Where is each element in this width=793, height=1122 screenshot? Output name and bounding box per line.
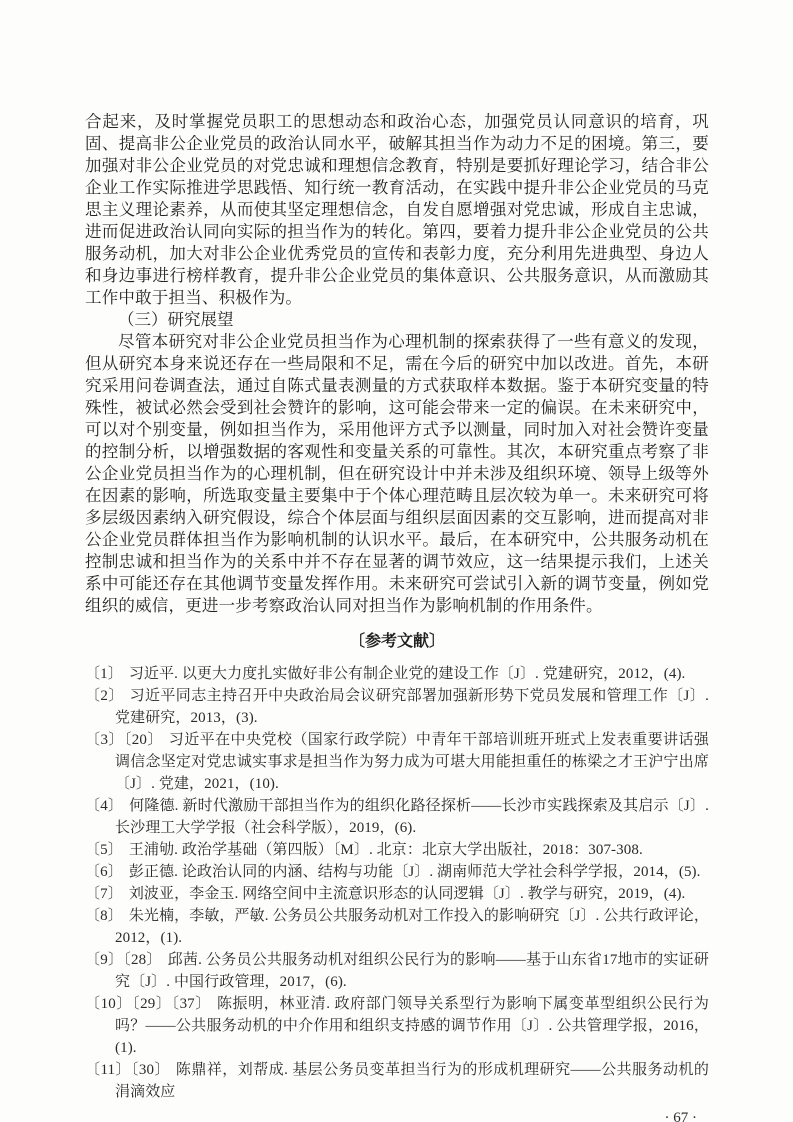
- references-list: 〔1〕习近平. 以更大力度扎实做好非公有制企业党的建设工作〔J〕. 党建研究，2…: [85, 663, 709, 1103]
- reference-label: 〔6〕: [85, 864, 123, 880]
- reference-text: 习近平同志主持召开中央政治局会议研究部署加强新形势下党员发展和管理工作〔J〕. …: [115, 688, 709, 726]
- reference-text: 朱光楠，李敏，严敏. 公务员公共服务动机对工作投入的影响研究〔J〕. 公共行政评…: [115, 908, 709, 946]
- reference-text: 习近平在中央党校（国家行政学院）中青年干部培训班开班式上发表重要讲话强调信念坚定…: [115, 732, 709, 792]
- references-title: 〔参考文献〕: [85, 631, 709, 653]
- paper-page: 合起来，及时掌握党员职工的思想动态和政治心态，加强党员认同意识的培育，巩固、提高…: [0, 0, 793, 1122]
- reference-item: 〔2〕习近平同志主持召开中央政治局会议研究部署加强新形势下党员发展和管理工作〔J…: [85, 685, 709, 729]
- body-paragraph-continuation: 合起来，及时掌握党员职工的思想动态和政治心态，加强党员认同意识的培育，巩固、提高…: [85, 111, 709, 309]
- reference-label: 〔8〕: [85, 908, 123, 924]
- reference-text: 何隆德. 新时代激励干部担当作为的组织化路径探析——长沙市实践探索及其启示〔J〕…: [115, 798, 709, 836]
- reference-label: 〔4〕: [85, 798, 123, 814]
- reference-item: 〔7〕刘波亚，李金玉. 网络空间中主流意识形态的认同逻辑〔J〕. 教学与研究，2…: [85, 883, 709, 905]
- reference-text: 邱茜. 公务员公共服务动机对组织公民行为的影响——基于山东省17地市的实证研究〔…: [115, 952, 709, 990]
- reference-text: 习近平. 以更大力度扎实做好非公有制企业党的建设工作〔J〕. 党建研究，2012…: [129, 666, 686, 682]
- reference-item: 〔1〕习近平. 以更大力度扎实做好非公有制企业党的建设工作〔J〕. 党建研究，2…: [85, 663, 709, 685]
- reference-item: 〔10〕〔29〕〔37〕陈振明，林亚清. 政府部门领导关系型行为影响下属变革型组…: [85, 993, 709, 1059]
- reference-label: 〔10〕〔29〕〔37〕: [85, 996, 211, 1012]
- reference-text: 陈鼎祥，刘帮成. 基层公务员变革担当行为的形成机理研究——公共服务动机的涓滴效应: [115, 1062, 709, 1100]
- section-heading-research-outlook: （三）研究展望: [85, 309, 709, 331]
- reference-item: 〔3〕〔20〕习近平在中央党校（国家行政学院）中青年干部培训班开班式上发表重要讲…: [85, 729, 709, 795]
- reference-item: 〔8〕朱光楠，李敏，严敏. 公务员公共服务动机对工作投入的影响研究〔J〕. 公共…: [85, 905, 709, 949]
- reference-label: 〔11〕〔30〕: [85, 1062, 170, 1078]
- reference-item: 〔11〕〔30〕陈鼎祥，刘帮成. 基层公务员变革担当行为的形成机理研究——公共服…: [85, 1059, 709, 1103]
- reference-label: 〔7〕: [85, 886, 123, 902]
- reference-item: 〔6〕彭正德. 论政治认同的内涵、结构与功能〔J〕. 湖南师范大学社会科学学报，…: [85, 861, 709, 883]
- reference-label: 〔5〕: [85, 842, 123, 858]
- reference-item: 〔9〕〔28〕邱茜. 公务员公共服务动机对组织公民行为的影响——基于山东省17地…: [85, 949, 709, 993]
- body-paragraph-outlook: 尽管本研究对非公企业党员担当作为心理机制的探索获得了一些有意义的发现，但从研究本…: [85, 331, 709, 617]
- reference-label: 〔9〕〔28〕: [85, 952, 162, 968]
- reference-item: 〔4〕何隆德. 新时代激励干部担当作为的组织化路径探析——长沙市实践探索及其启示…: [85, 795, 709, 839]
- reference-text: 王浦劬. 政治学基础（第四版）〔M〕. 北京：北京大学出版社，2018：307-…: [129, 842, 643, 858]
- reference-text: 刘波亚，李金玉. 网络空间中主流意识形态的认同逻辑〔J〕. 教学与研究，2019…: [129, 886, 686, 902]
- reference-label: 〔2〕: [85, 688, 124, 704]
- reference-label: 〔1〕: [85, 666, 123, 682]
- reference-text: 彭正德. 论政治认同的内涵、结构与功能〔J〕. 湖南师范大学社会科学学报，201…: [129, 864, 701, 880]
- reference-label: 〔3〕〔20〕: [85, 732, 163, 748]
- page-number: · 67 ·: [85, 1108, 709, 1122]
- reference-item: 〔5〕王浦劬. 政治学基础（第四版）〔M〕. 北京：北京大学出版社，2018：3…: [85, 839, 709, 861]
